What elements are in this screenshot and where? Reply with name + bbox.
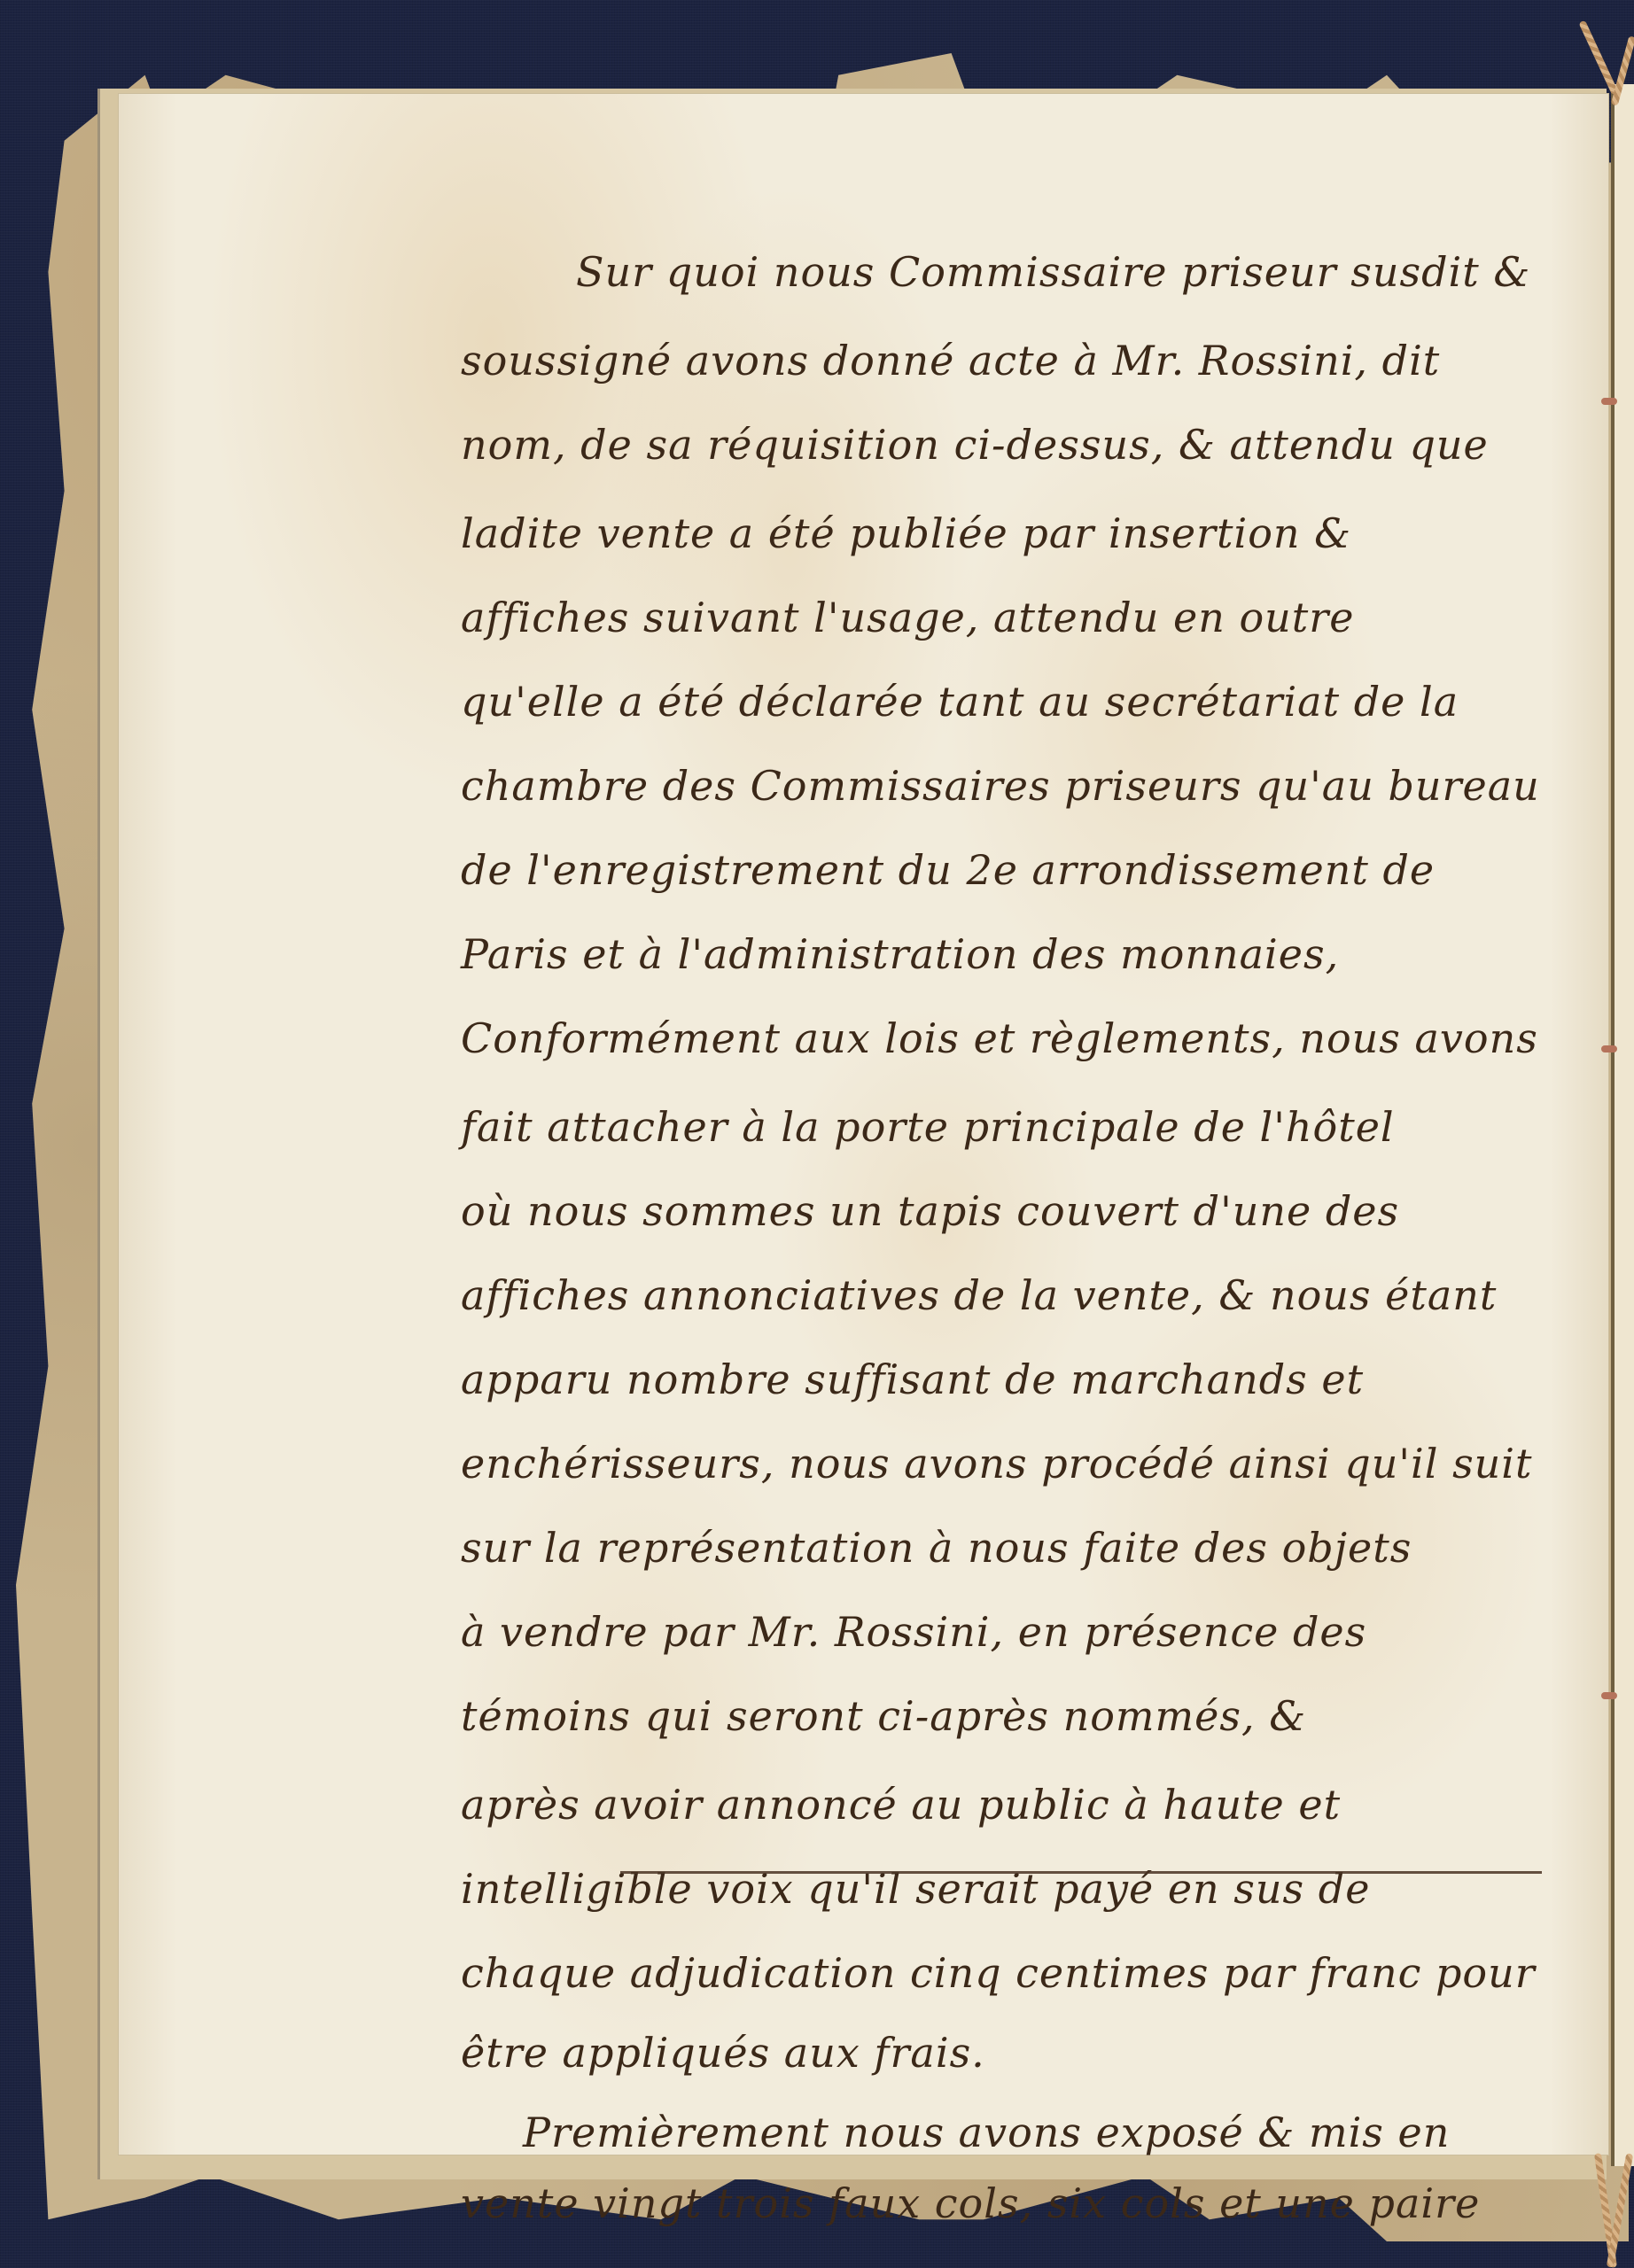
text-line: de l'enregistrement du 2e arrondissement…	[461, 846, 1435, 894]
text-line: soussigné avons donné acte à Mr. Rossini…	[461, 337, 1440, 384]
text-line: Conformément aux lois et règlements, nou…	[461, 1014, 1538, 1062]
text-line: qu'elle a été déclarée tant au secrétari…	[461, 678, 1459, 726]
text-line: Sur quoi nous Commissaire priseur susdit…	[576, 248, 1530, 296]
text-line: Premièrement nous avons exposé & mis en	[523, 2109, 1450, 2156]
text-line: apparu nombre suffisant de marchands et	[461, 1355, 1364, 1403]
binding-knot-2	[1601, 1045, 1617, 1052]
binding-gutter	[1611, 84, 1615, 2166]
text-line: après avoir annoncé au public à haute et	[461, 1781, 1341, 1829]
text-line: sur la représentation à nous faite des o…	[461, 1524, 1412, 1572]
text-line: chaque adjudication cinq centimes par fr…	[461, 1949, 1536, 1997]
facing-page-edge	[1615, 84, 1634, 2166]
text-line: affiches annonciatives de la vente, & no…	[461, 1271, 1497, 1319]
text-line: nom, de sa réquisition ci-dessus, & atte…	[461, 421, 1489, 469]
text-line: Paris et à l'administration des monnaies…	[461, 930, 1339, 978]
text-line: fait attacher à la porte principale de l…	[461, 1103, 1395, 1151]
text-line: être appliqués aux frais.	[461, 2029, 985, 2077]
line-filler-rule	[620, 1871, 1542, 1874]
text-line: à vendre par Mr. Rossini, en présence de…	[461, 1608, 1366, 1656]
binding-knot-3	[1601, 1692, 1617, 1699]
binding-string-top	[1578, 20, 1618, 96]
binding-knot	[1601, 398, 1617, 405]
text-line: enchérisseurs, nous avons procédé ainsi …	[461, 1440, 1533, 1487]
text-line: chambre des Commissaires priseurs qu'au …	[461, 762, 1540, 810]
text-line: témoins qui seront ci-après nommés, &	[461, 1692, 1306, 1740]
text-line: ladite vente a été publiée par insertion…	[461, 509, 1351, 557]
text-line: vente vingt trois faux cols, six cols et…	[461, 2179, 1480, 2227]
text-line: affiches suivant l'usage, attendu en out…	[461, 594, 1354, 641]
text-line: où nous sommes un tapis couvert d'une de…	[461, 1187, 1399, 1235]
